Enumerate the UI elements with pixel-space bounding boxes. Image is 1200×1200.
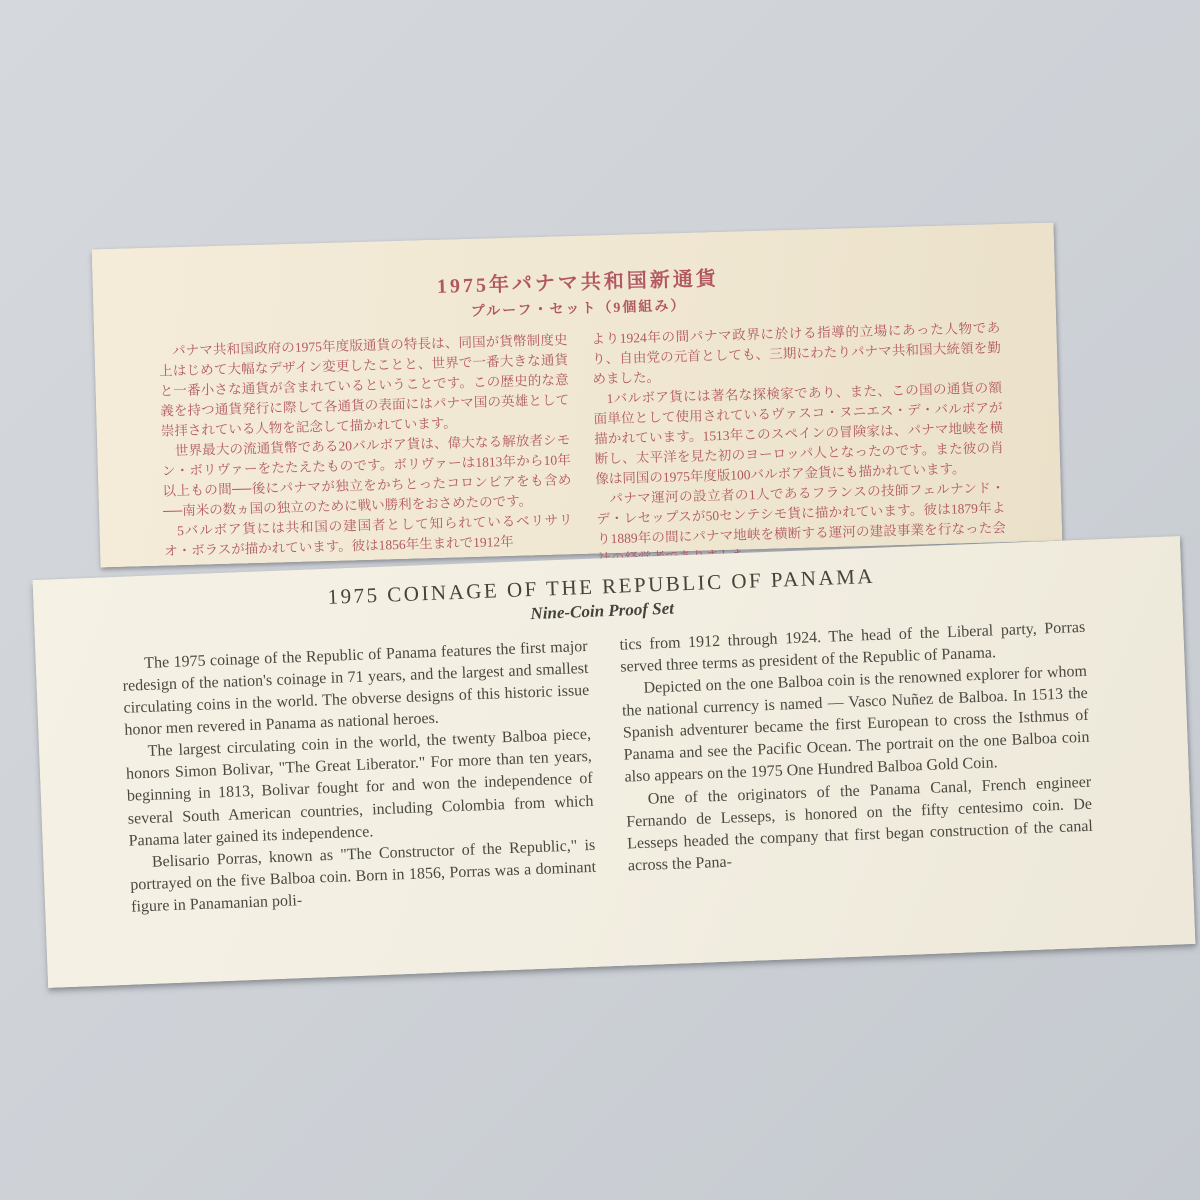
english-right-column: tics from 1912 through 1924. The head of…	[619, 617, 1095, 900]
english-left-column: The 1975 coinage of the Republic of Pana…	[121, 636, 597, 919]
japanese-leaflet-body: パナマ共和国政府の1975年度版通貨の特長は、同国が貨幣制度史上はじめて大幅なデ…	[158, 318, 1006, 581]
english-leaflet-body: The 1975 coinage of the Republic of Pana…	[121, 617, 1094, 919]
japanese-right-column: より1924年の間パナマ政界に於ける指導的立場にあった人物であり、自由党の元首と…	[591, 318, 1007, 569]
paragraph: 1バルボア貨には著名な探検家であり、また、この国の通貨の額面単位として使用されて…	[593, 378, 1005, 489]
japanese-left-column: パナマ共和国政府の1975年度版通貨の特長は、同国が貨幣制度史上はじめて大幅なデ…	[158, 330, 574, 581]
english-leaflet: 1975 COINAGE OF THE REPUBLIC OF PANAMA N…	[33, 536, 1196, 988]
paragraph: One of the originators of the Panama Can…	[625, 771, 1094, 877]
paragraph: パナマ共和国政府の1975年度版通貨の特長は、同国が貨幣制度史上はじめて大幅なデ…	[158, 330, 570, 441]
paragraph: Depicted on the one Balboa coin is the r…	[621, 661, 1091, 789]
paragraph: The largest circulating coin in the worl…	[125, 724, 595, 852]
japanese-leaflet: 1975年パナマ共和国新通貨 プルーフ・セット（9個組み） パナマ共和国政府の1…	[92, 223, 1063, 568]
paragraph: 世界最大の流通貨幣である20バルボア貨は、偉大なる解放者シモン・ボリヴァーをたた…	[161, 430, 572, 521]
